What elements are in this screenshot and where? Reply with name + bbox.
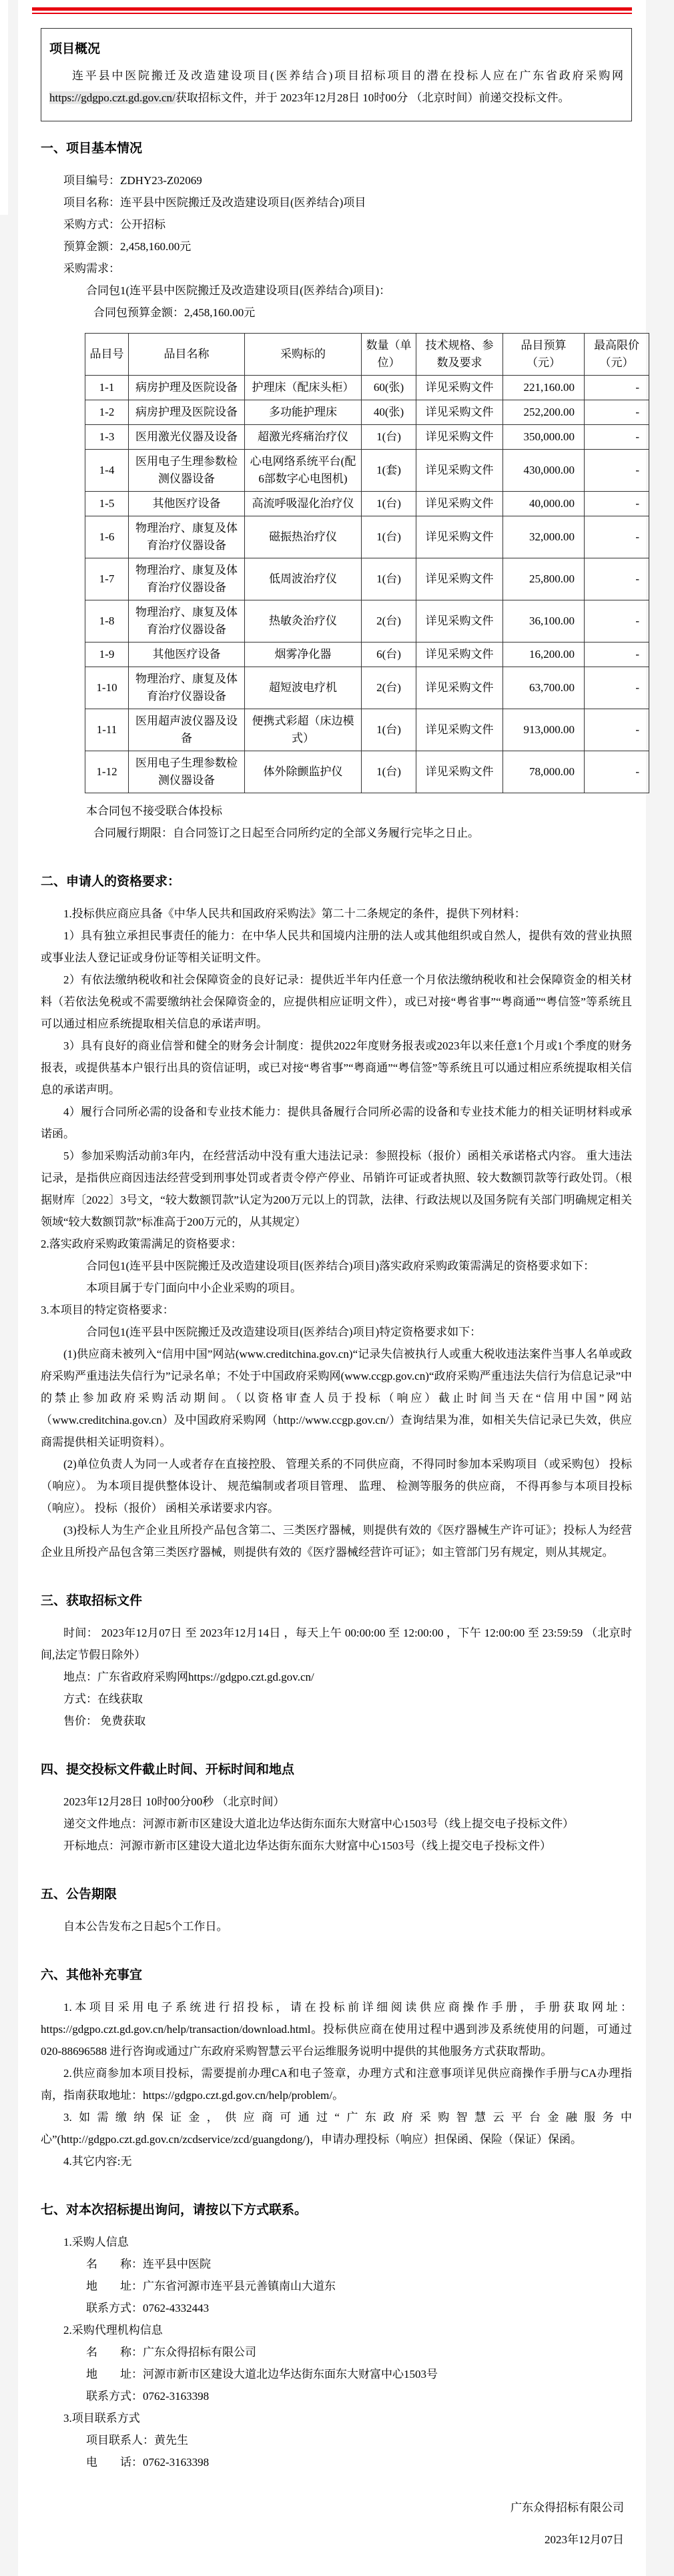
table-cell: 25,800.00 [503, 558, 585, 600]
table-cell: 物理治疗、康复及体育治疗仪器设备 [129, 667, 245, 709]
paragraph: 本项目属于专门面向中小企业采购的项目。 [41, 1277, 632, 1299]
table-row: 1-2病房护理及医院设备多功能护理床40(张)详见采购文件252,200.00- [85, 400, 649, 425]
table-row: 1-8物理治疗、康复及体育治疗仪器设备热敏灸治疗仪2(台)详见采购文件36,10… [85, 600, 649, 642]
table-cell: 40,000.00 [503, 492, 585, 516]
table-cell: 低周波治疗仪 [245, 558, 362, 600]
table-cell: 430,000.00 [503, 450, 585, 492]
table-row: 1-11医用超声波仪器及设备便携式彩超（床边模式）1(台)详见采购文件913,0… [85, 709, 649, 751]
paragraph: 4.其它内容:无 [41, 2150, 632, 2172]
paragraph: 3.本项目的特定资格要求： [41, 1299, 632, 1321]
section-supplementary: 六、其他补充事宜 1.本项目采用电子系统进行招投标，请在投标前详细阅读供应商操作… [41, 1966, 632, 2172]
table-cell: 1(台) [362, 492, 416, 516]
table-cell: 详见采购文件 [416, 600, 503, 642]
paragraph: 采购方式：公开招标 [41, 213, 632, 236]
table-cell: 物理治疗、康复及体育治疗仪器设备 [129, 600, 245, 642]
header-row: 品目号品目名称采购标的数量（单位）技术规格、参数及要求品目预算（元）最高限价（元… [85, 334, 649, 376]
table-row: 1-6物理治疗、康复及体育治疗仪器设备磁振热治疗仪1(台)详见采购文件32,00… [85, 516, 649, 558]
column-header: 数量（单位） [362, 334, 416, 376]
table-cell: - [585, 400, 649, 425]
table-cell: 其他医疗设备 [129, 642, 245, 667]
paragraph: 地点：广东省政府采购网https://gdgpo.czt.gd.gov.cn/ [41, 1666, 632, 1688]
table-cell: 高流呼吸湿化治疗仪 [245, 492, 362, 516]
items-table-head: 品目号品目名称采购标的数量（单位）技术规格、参数及要求品目预算（元）最高限价（元… [85, 334, 649, 376]
table-cell: 32,000.00 [503, 516, 585, 558]
paragraph: 电 话：0762-3163398 [41, 2451, 632, 2473]
table-cell: 详见采购文件 [416, 376, 503, 400]
table-cell: - [585, 709, 649, 751]
paragraph: 本合同包不接受联合体投标 [41, 800, 632, 822]
table-cell: 详见采购文件 [416, 709, 503, 751]
table-cell: 350,000.00 [503, 425, 585, 450]
section-heading-supplementary: 六、其他补充事宜 [41, 1966, 632, 1986]
table-cell: 医用超声波仪器及设备 [129, 709, 245, 751]
table-cell: 物理治疗、康复及体育治疗仪器设备 [129, 516, 245, 558]
table-cell: 详见采购文件 [416, 450, 503, 492]
table-cell: 913,000.00 [503, 709, 585, 751]
table-cell: 40(张) [362, 400, 416, 425]
table-row: 1-9其他医疗设备烟雾净化器6(台)详见采购文件16,200.00- [85, 642, 649, 667]
table-cell: 病房护理及医院设备 [129, 400, 245, 425]
footer: 广东众得招标有限公司 2023年12月07日 [41, 2492, 632, 2556]
paragraph: 项目编号：ZDHY23-Z02069 [41, 169, 632, 191]
table-cell: 2(台) [362, 667, 416, 709]
table-cell: 详见采购文件 [416, 425, 503, 450]
overview-title: 项目概况 [49, 39, 623, 59]
red-divider-thick [32, 7, 632, 11]
table-cell: 221,160.00 [503, 376, 585, 400]
table-cell: 超激光疼痛治疗仪 [245, 425, 362, 450]
table-cell: 1-11 [85, 709, 129, 751]
table-cell: 2(台) [362, 600, 416, 642]
table-cell: 详见采购文件 [416, 516, 503, 558]
overview-paragraph: 连平县中医院搬迁及改造建设项目(医养结合)项目招标项目的潜在投标人应在广东省政府… [49, 65, 623, 109]
section-qualification: 二、申请人的资格要求： 1.投标供应商应具备《中华人民共和国政府采购法》第二十二… [41, 872, 632, 1563]
table-cell: - [585, 425, 649, 450]
paragraph: 1.采购人信息 [41, 2231, 632, 2253]
table-row: 1-12医用电子生理参数检测仪器设备体外除颤监护仪1(台)详见采购文件78,00… [85, 751, 649, 793]
items-table-body: 1-1病房护理及医院设备护理床（配床头柜）60(张)详见采购文件221,160.… [85, 376, 649, 793]
table-row: 1-5其他医疗设备高流呼吸湿化治疗仪1(台)详见采购文件40,000.00- [85, 492, 649, 516]
table-cell: 36,100.00 [503, 600, 585, 642]
table-cell: 体外除颤监护仪 [245, 751, 362, 793]
paragraph: 名 称：广东众得招标有限公司 [41, 2341, 632, 2363]
paragraph: (3)投标人为生产企业且所投产品包含第二、三类医疗器械，则提供有效的《医疗器械生… [41, 1519, 632, 1563]
paragraph: 1）具有独立承担民事责任的能力：在中华人民共和国境内注册的法人或其他组织或自然人… [41, 925, 632, 969]
table-cell: 1(台) [362, 425, 416, 450]
paragraph: 2.采购代理机构信息 [41, 2319, 632, 2341]
paragraph: 地 址：河源市新市区建设大道北边华达街东面东大财富中心1503号 [41, 2363, 632, 2385]
section-deadline-opening: 四、提交投标文件截止时间、开标时间和地点 2023年12月28日 10时00分0… [41, 1760, 632, 1857]
table-cell: 1-4 [85, 450, 129, 492]
table-cell: 1(套) [362, 450, 416, 492]
contract-notes: 本合同包不接受联合体投标合同履行期限：自合同签订之日起至合同所约定的全部义务履行… [41, 800, 632, 844]
section-heading-announcement-period: 五、公告期限 [41, 1885, 632, 1905]
table-cell: 详见采购文件 [416, 667, 503, 709]
paragraph: 3）具有良好的商业信誉和健全的财务会计制度：提供2022年度财务报表或2023年… [41, 1035, 632, 1101]
deadline-opening-paragraphs: 2023年12月28日 10时00分00秒 （北京时间）递交文件地点：河源市新市… [41, 1791, 632, 1857]
left-white-strip [0, 0, 8, 215]
agency-signature: 广东众得招标有限公司 [41, 2492, 624, 2524]
table-cell: 1-8 [85, 600, 129, 642]
paragraph: 合同包1(连平县中医院搬迁及改造建设项目(医养结合)项目)： [41, 280, 632, 302]
table-cell: 详见采购文件 [416, 400, 503, 425]
qualification-paragraphs: 1.投标供应商应具备《中华人民共和国政府采购法》第二十二条规定的条件，提供下列材… [41, 903, 632, 1563]
table-cell: 1-9 [85, 642, 129, 667]
table-row: 1-7物理治疗、康复及体育治疗仪器设备低周波治疗仪1(台)详见采购文件25,80… [85, 558, 649, 600]
column-header: 品目号 [85, 334, 129, 376]
paragraph: 联系方式：0762-4332443 [41, 2297, 632, 2319]
table-cell: 医用激光仪器及设备 [129, 425, 245, 450]
paragraph: 地 址：广东省河源市连平县元善镇南山大道东 [41, 2275, 632, 2297]
paragraph: 项目联系人：黄先生 [41, 2429, 632, 2451]
table-cell: 1-3 [85, 425, 129, 450]
table-cell: 心电网络系统平台(配6部数字心电图机) [245, 450, 362, 492]
project-overview-box: 项目概况 连平县中医院搬迁及改造建设项目(医养结合)项目招标项目的潜在投标人应在… [41, 28, 632, 121]
section-contact: 七、对本次招标提出询问，请按以下方式联系。 1.采购人信息名 称：连平县中医院地… [41, 2200, 632, 2473]
table-cell: 详见采购文件 [416, 558, 503, 600]
table-cell: 便携式彩超（床边模式） [245, 709, 362, 751]
paragraph: 3.项目联系方式 [41, 2407, 632, 2429]
table-row: 1-3医用激光仪器及设备超激光疼痛治疗仪1(台)详见采购文件350,000.00… [85, 425, 649, 450]
table-cell: 医用电子生理参数检测仪器设备 [129, 751, 245, 793]
table-row: 1-1病房护理及医院设备护理床（配床头柜）60(张)详见采购文件221,160.… [85, 376, 649, 400]
section-heading-obtain-documents: 三、获取招标文件 [41, 1591, 632, 1611]
paragraph: (2)单位负责人为同一人或者存在直接控股、 管理关系的不同供应商，不得同时参加本… [41, 1453, 632, 1519]
paragraph: 合同包1(连平县中医院搬迁及改造建设项目(医养结合)项目)落实政府采购政策需满足… [41, 1255, 632, 1277]
section-heading-deadline-opening: 四、提交投标文件截止时间、开标时间和地点 [41, 1760, 632, 1780]
column-header: 采购标的 [245, 334, 362, 376]
paragraph: 时间： 2023年12月07日 至 2023年12月14日 ，每天上午 00:0… [41, 1622, 632, 1666]
table-cell: 超短波电疗机 [245, 667, 362, 709]
table-cell: 6(台) [362, 642, 416, 667]
table-cell: 1(台) [362, 751, 416, 793]
table-cell: 1-7 [85, 558, 129, 600]
table-cell: 物理治疗、康复及体育治疗仪器设备 [129, 558, 245, 600]
section-heading-qualification: 二、申请人的资格要求： [41, 872, 632, 892]
table-cell: 1-2 [85, 400, 129, 425]
items-table: 品目号品目名称采购标的数量（单位）技术规格、参数及要求品目预算（元）最高限价（元… [85, 333, 649, 793]
paragraph: 采购需求： [41, 258, 632, 280]
table-cell: 1(台) [362, 516, 416, 558]
paragraph: 开标地点：河源市新市区建设大道北边华达街东面东大财富中心1503号（线上提交电子… [41, 1835, 632, 1857]
table-cell: 60(张) [362, 376, 416, 400]
table-cell: 医用电子生理参数检测仪器设备 [129, 450, 245, 492]
table-cell: - [585, 600, 649, 642]
paragraph: 方式：在线获取 [41, 1688, 632, 1710]
table-cell: 16,200.00 [503, 642, 585, 667]
table-cell: 详见采购文件 [416, 492, 503, 516]
table-cell: - [585, 751, 649, 793]
table-cell: - [585, 450, 649, 492]
table-cell: 78,000.00 [503, 751, 585, 793]
table-cell: 1-1 [85, 376, 129, 400]
paragraph: 2.供应商参加本项目投标，需要提前办理CA和电子签章，办理方式和注意事项详见供应… [41, 2062, 632, 2106]
procurement-site-link[interactable]: https://gdgpo.czt.gd.gov.cn/ [49, 91, 176, 104]
table-cell: - [585, 558, 649, 600]
table-cell: 磁振热治疗仪 [245, 516, 362, 558]
paragraph: 售价： 免费获取 [41, 1710, 632, 1732]
table-row: 1-4医用电子生理参数检测仪器设备心电网络系统平台(配6部数字心电图机)1(套)… [85, 450, 649, 492]
table-cell: - [585, 516, 649, 558]
paragraph: 1.本项目采用电子系统进行招投标，请在投标前详细阅读供应商操作手册，手册获取网址… [41, 1996, 632, 2062]
table-cell: - [585, 667, 649, 709]
table-cell: - [585, 642, 649, 667]
table-cell: 其他医疗设备 [129, 492, 245, 516]
table-cell: 1-12 [85, 751, 129, 793]
column-header: 品目预算（元） [503, 334, 585, 376]
obtain-documents-paragraphs: 时间： 2023年12月07日 至 2023年12月14日 ，每天上午 00:0… [41, 1622, 632, 1732]
announcement-card: 项目概况 连平县中医院搬迁及改造建设项目(医养结合)项目招标项目的潜在投标人应在… [18, 0, 646, 2576]
paragraph: 合同包1(连平县中医院搬迁及改造建设项目(医养结合)项目)特定资格要求如下： [41, 1321, 632, 1343]
table-cell: 病房护理及医院设备 [129, 376, 245, 400]
table-cell: 1-10 [85, 667, 129, 709]
table-cell: 详见采购文件 [416, 642, 503, 667]
table-cell: 1(台) [362, 558, 416, 600]
table-cell: 热敏灸治疗仪 [245, 600, 362, 642]
paragraph: 5）参加采购活动前3年内，在经营活动中没有重大违法记录：参照投标（报价）函相关承… [41, 1145, 632, 1233]
paragraph: 项目名称：连平县中医院搬迁及改造建设项目(医养结合)项目 [41, 191, 632, 213]
supplementary-paragraphs: 1.本项目采用电子系统进行招投标，请在投标前详细阅读供应商操作手册，手册获取网址… [41, 1996, 632, 2172]
paragraph: 合同履行期限：自合同签订之日起至合同所约定的全部义务履行完毕之日止。 [41, 822, 632, 844]
red-divider-thin [32, 13, 632, 14]
section-announcement-period: 五、公告期限 自本公告发布之日起5个工作日。 [41, 1885, 632, 1938]
paragraph: (1)供应商未被列入“信用中国”网站(www.creditchina.gov.c… [41, 1343, 632, 1453]
section-basic-info: 一、项目基本情况 项目编号：ZDHY23-Z02069项目名称：连平县中医院搬迁… [41, 139, 632, 844]
column-header: 最高限价（元） [585, 334, 649, 376]
announcement-period-paragraphs: 自本公告发布之日起5个工作日。 [41, 1915, 632, 1938]
paragraph: 2）有依法缴纳税收和社会保障资金的良好记录：提供近半年内任意一个月依法缴纳税收和… [41, 969, 632, 1035]
column-header: 品目名称 [129, 334, 245, 376]
table-cell: 详见采购文件 [416, 751, 503, 793]
section-heading-basic-info: 一、项目基本情况 [41, 139, 632, 159]
overview-text-suffix: 获取招标文件，并于 2023年12月28日 10时00分 （北京时间）前递交投标… [176, 91, 570, 104]
table-cell: 多功能护理床 [245, 400, 362, 425]
paragraph: 1.投标供应商应具备《中华人民共和国政府采购法》第二十二条规定的条件，提供下列材… [41, 903, 632, 925]
paragraph: 自本公告发布之日起5个工作日。 [41, 1915, 632, 1938]
paragraph: 合同包预算金额：2,458,160.00元 [41, 302, 632, 324]
table-cell: 1-5 [85, 492, 129, 516]
contact-paragraphs: 1.采购人信息名 称：连平县中医院地 址：广东省河源市连平县元善镇南山大道东联系… [41, 2231, 632, 2473]
paragraph: 2.落实政府采购政策需满足的资格要求： [41, 1233, 632, 1255]
table-cell: 1(台) [362, 709, 416, 751]
column-header: 技术规格、参数及要求 [416, 334, 503, 376]
paragraph: 2023年12月28日 10时00分00秒 （北京时间） [41, 1791, 632, 1813]
paragraph: 预算金额：2,458,160.00元 [41, 236, 632, 258]
table-cell: 252,200.00 [503, 400, 585, 425]
table-cell: - [585, 376, 649, 400]
table-cell: 63,700.00 [503, 667, 585, 709]
table-cell: 1-6 [85, 516, 129, 558]
section-obtain-documents: 三、获取招标文件 时间： 2023年12月07日 至 2023年12月14日 ，… [41, 1591, 632, 1732]
paragraph: 3.如需缴纳保证金，供应商可通过“广东政府采购智慧云平台金融服务中心”(http… [41, 2106, 632, 2150]
table-cell: - [585, 492, 649, 516]
paragraph: 4）履行合同所必需的设备和专业技术能力：提供具备履行合同所必需的设备和专业技术能… [41, 1101, 632, 1145]
table-cell: 烟雾净化器 [245, 642, 362, 667]
overview-text-prefix: 连平县中医院搬迁及改造建设项目(医养结合)项目招标项目的潜在投标人应在广东省政府… [72, 69, 623, 82]
paragraph: 递交文件地点：河源市新市区建设大道北边华达街东面东大财富中心1503号（线上提交… [41, 1813, 632, 1835]
announcement-content: 一、项目基本情况 项目编号：ZDHY23-Z02069项目名称：连平县中医院搬迁… [18, 139, 646, 2576]
paragraph: 联系方式：0762-3163398 [41, 2385, 632, 2407]
table-row: 1-10物理治疗、康复及体育治疗仪器设备超短波电疗机2(台)详见采购文件63,7… [85, 667, 649, 709]
paragraph: 名 称：连平县中医院 [41, 2253, 632, 2275]
table-cell: 护理床（配床头柜） [245, 376, 362, 400]
announcement-date: 2023年12月07日 [41, 2524, 624, 2556]
basic-info-fields: 项目编号：ZDHY23-Z02069项目名称：连平县中医院搬迁及改造建设项目(医… [41, 169, 632, 324]
section-heading-contact: 七、对本次招标提出询问，请按以下方式联系。 [41, 2200, 632, 2220]
